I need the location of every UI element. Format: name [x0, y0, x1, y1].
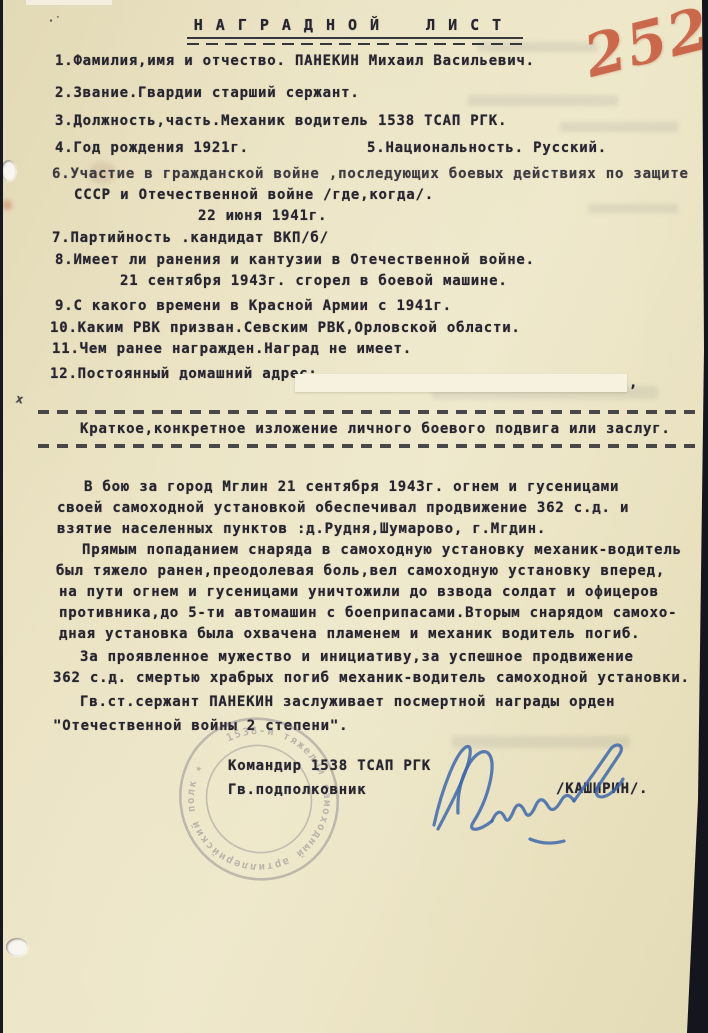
body-line: В бою за город Мглин 21 сентября 1943г. …: [84, 479, 619, 495]
dashed-separator-bottom: [38, 444, 700, 448]
field-drafted-by: 10.Каким РВК призван.Севским РВК,Орловск…: [50, 320, 521, 336]
field-name: 1.Фамилия,имя и отчество. ПАНЕКИН Михаил…: [55, 53, 535, 69]
unit-stamp-seal: 1538-й тяжелый самоходный артиллерийский…: [139, 679, 380, 920]
field-wounds-2: 21 сентября 1943г. сгорел в боевой машин…: [120, 273, 508, 289]
paper-hole: [1, 160, 16, 181]
commander-rank-line: Гв.подполковник: [228, 782, 366, 798]
field-rank: 2.Звание.Гвардии старший сержант.: [55, 85, 360, 101]
body-line: взятие населенных пунктов :д.Рудня,Шумар…: [57, 521, 546, 537]
signature-ink: [412, 733, 662, 848]
field-birth-year: 4.Год рождения 1921г.: [55, 140, 249, 156]
body-line: Прямым попаданием снаряда в самоходную у…: [82, 542, 682, 558]
paper-hole: [6, 938, 28, 956]
dashed-separator-top: [38, 410, 700, 414]
field-war-participation-2: СССР и Отечественной войне /где,когда/.: [74, 187, 434, 203]
field-prior-awards: 11.Чем ранее награжден.Наград не имеет.: [52, 341, 412, 357]
section-header: Краткое,конкретное изложение личного бое…: [80, 421, 671, 437]
scan-edge-left: [0, 0, 3, 1033]
field-wounds: 8.Имеет ли ранения и кантузии в Отечеств…: [55, 252, 535, 268]
body-line: дная установка была охвачена пламенем и …: [59, 626, 640, 642]
body-line: был тяжело ранен,преодолевая боль,вел са…: [56, 563, 665, 579]
field-party: 7.Партийность .кандидат ВКП/б/: [52, 230, 329, 246]
body-line: противника,до 5-ти автомашин с боеприпас…: [59, 605, 677, 621]
paper-stain: [2, 200, 12, 210]
address-comma: ,: [629, 375, 638, 391]
pencil-mark: ·˙: [48, 16, 62, 27]
bleedthrough-smudge: [588, 204, 678, 213]
field-service-since: 9.С какого времени в Красной Армии с 194…: [55, 298, 452, 314]
body-line: 362 с.д. смертью храбрых погиб механик-в…: [53, 670, 690, 686]
field-position: 3.Должность,часть.Механик водитель 1538 …: [55, 113, 507, 129]
title-underline: [187, 37, 523, 45]
field-home-address: 12.Постоянный домашний адрес:: [50, 366, 318, 382]
document-title: НАГРАДНОЙ ЛИСТ: [194, 16, 514, 34]
scan-edge-sliver: [26, 0, 112, 5]
redacted-address-box: [295, 374, 627, 392]
field-nationality: 5.Национальность. Русский.: [367, 140, 607, 156]
commander-title-line: Командир 1538 ТСАП РГК: [228, 758, 431, 774]
body-line: За проявленное мужество и инициативу,за …: [80, 649, 634, 665]
body-line: на пути огнем и гусеницами уничтожили до…: [59, 584, 659, 600]
field-war-participation-3: 22 июня 1941г.: [198, 208, 327, 224]
field-war-participation: 6.Участие в гражданской войне ,последующ…: [52, 166, 689, 182]
body-line: Гв.ст.сержант ПАНЕКИН заслуживает посмер…: [80, 694, 615, 710]
page-number-stamp: 252: [578, 0, 708, 91]
body-line: своей самоходной установкой обеспечивал …: [57, 500, 629, 516]
document-paper: ·˙ х НАГРАДНОЙ ЛИСТ 252 1.Фамилия,имя и …: [0, 0, 708, 1033]
pencil-mark-x: х: [15, 391, 26, 406]
bleedthrough-smudge: [560, 122, 678, 132]
bleedthrough-smudge: [468, 95, 618, 106]
